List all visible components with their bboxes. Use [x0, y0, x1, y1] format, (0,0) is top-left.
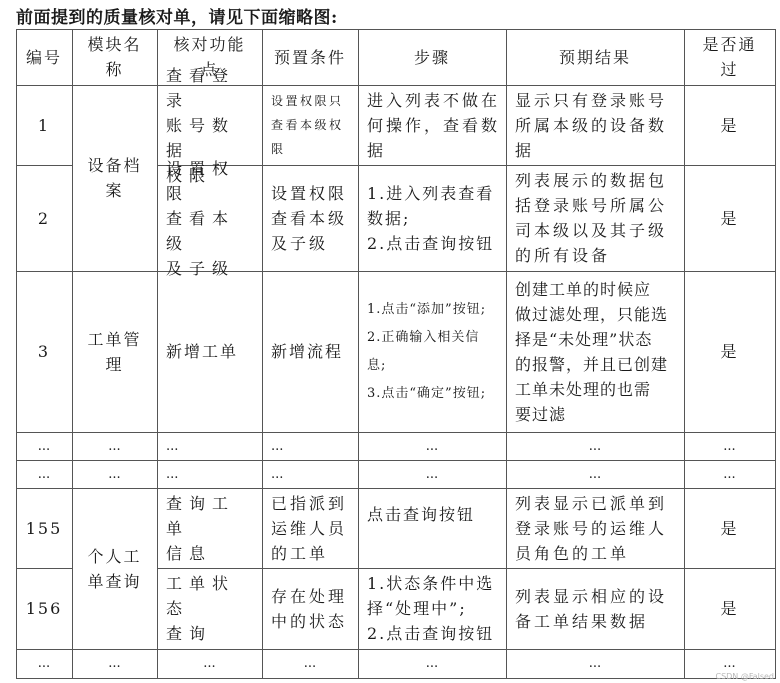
cell-id: ...	[16, 432, 72, 460]
cell-steps: ...	[358, 649, 506, 678]
cell-steps: ...	[358, 432, 506, 460]
cell-passed: 是	[684, 85, 775, 165]
cell-expected: ...	[506, 460, 684, 488]
cell-expected: 创建工单的时候应 做过滤处理，只能选 择是“未处理”状态 的报警，并且已创建 工…	[506, 271, 684, 432]
cell-module: ...	[72, 432, 157, 460]
cell-precondition: ...	[262, 649, 358, 678]
header-id: 编号	[16, 29, 72, 85]
cell-expected: 列表显示相应的设 备工单结果数据	[506, 568, 684, 649]
cell-function: 查看登录 账号数据 权限	[157, 85, 262, 165]
cell-id: 3	[16, 271, 72, 432]
cell-passed: 是	[684, 568, 775, 649]
cell-id: ...	[16, 460, 72, 488]
cell-precondition: 设置权限 查看本级 及子级	[262, 165, 358, 271]
header-passed: 是否通 过	[684, 29, 775, 85]
cell-passed: ...	[684, 432, 775, 460]
header-module: 模块名 称	[72, 29, 157, 85]
cell-steps: 1.进入列表查看 数据; 2.点击查询按钮	[358, 165, 506, 271]
table-border-bottom	[16, 678, 776, 679]
cell-expected: ...	[506, 432, 684, 460]
cell-id: 156	[16, 568, 72, 649]
header-precondition: 预置条件	[262, 29, 358, 85]
cell-function: ...	[157, 649, 262, 678]
header-expected: 预期结果	[506, 29, 684, 85]
cell-precondition: 设置权限只 查看本级权 限	[262, 85, 358, 165]
cell-module: 个人工 单查询	[72, 488, 157, 649]
cell-module: 工单管 理	[72, 271, 157, 432]
cell-passed: 是	[684, 271, 775, 432]
cell-steps: 1.状态条件中选 择“处理中”; 2.点击查询按钮	[358, 568, 506, 649]
cell-passed: 是	[684, 165, 775, 271]
cell-expected: 显示只有登录账号 所属本级的设备数 据	[506, 85, 684, 165]
cell-passed: ...	[684, 460, 775, 488]
cell-precondition: 已指派到 运维人员 的工单	[262, 488, 358, 568]
header-steps: 步骤	[358, 29, 506, 85]
cell-precondition: 新增流程	[262, 271, 358, 432]
cell-id: 1	[16, 85, 72, 165]
cell-precondition: ...	[262, 460, 358, 488]
table-border-right	[775, 29, 776, 679]
cell-id: 155	[16, 488, 72, 568]
cell-passed: 是	[684, 488, 775, 568]
cell-module: ...	[72, 649, 157, 678]
cell-steps: 点击查询按钮	[358, 488, 506, 568]
cell-id: 2	[16, 165, 72, 271]
cell-function: 工单状态 查询	[157, 568, 262, 649]
cell-precondition: 存在处理 中的状态	[262, 568, 358, 649]
quality-checklist-table: 编号 模块名 称 核对功能 点 预置条件 步骤 预期结果 是否通 过 1 设备档…	[0, 0, 780, 683]
cell-function: 查询工单 信息	[157, 488, 262, 568]
cell-module: ...	[72, 460, 157, 488]
cell-steps: 进入列表不做在 何操作，查看数 据	[358, 85, 506, 165]
cell-module: 设备档 案	[72, 85, 157, 271]
cell-function: 新增工单	[157, 271, 262, 432]
cell-id: ...	[16, 649, 72, 678]
cell-function: ...	[157, 460, 262, 488]
cell-expected: 列表显示已派单到 登录账号的运维人 员角色的工单	[506, 488, 684, 568]
cell-expected: 列表展示的数据包 括登录账号所属公 司本级以及其子级 的所有设备	[506, 165, 684, 271]
watermark: CSDN @Falsed	[715, 672, 774, 681]
cell-function: 设置权限 查看本级 及子级	[157, 165, 262, 271]
cell-function: ...	[157, 432, 262, 460]
cell-steps: 1.点击“添加”按钮; 2.正确输入相关信 息; 3.点击“确定”按钮;	[358, 271, 506, 432]
cell-steps: ...	[358, 460, 506, 488]
cell-precondition: ...	[262, 432, 358, 460]
cell-expected: ...	[506, 649, 684, 678]
